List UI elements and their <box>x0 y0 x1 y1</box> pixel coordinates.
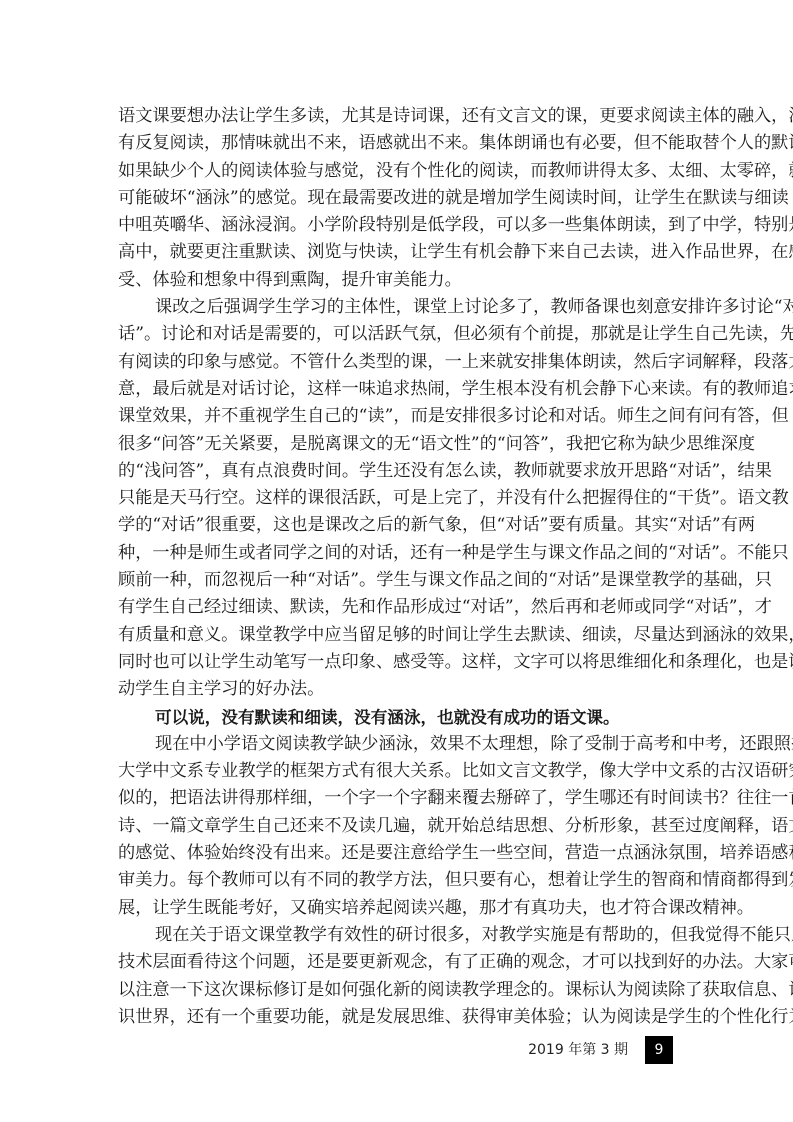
text-line: 可以说，没有默读和细读，没有涵泳，也就没有成功的语文课。 <box>118 704 675 731</box>
text-line: 现在中小学语文阅读教学缺少涵泳，效果不太理想，除了受制于高考和中考，还跟照搬 <box>118 731 675 758</box>
text-line: 的感觉、体验始终没有出来。还是要注意给学生一些空间，营造一点涵泳氛围，培养语感和 <box>118 840 675 867</box>
text-line: 意，最后就是对话讨论，这样一味追求热闹，学生根本没有机会静下心来读。有的教师追求 <box>118 376 675 403</box>
emphasis-paragraph: 可以说，没有默读和细读，没有涵泳，也就没有成功的语文课。 <box>118 704 675 731</box>
text-line: 话”。讨论和对话是需要的，可以活跃气氛，但必须有个前提，那就是让学生自己先读，先 <box>118 321 675 348</box>
text-line: 很多“问答”无关紧要，是脱离课文的无“语文性”的“问答”，我把它称为缺少思维深度 <box>118 431 675 458</box>
text-line: 有质量和意义。课堂教学中应当留足够的时间让学生去默读、细读，尽量达到涵泳的效果， <box>118 622 675 649</box>
paragraph: 现在关于语文课堂教学有效性的研讨很多，对教学实施是有帮助的，但我觉得不能只从技术… <box>118 922 675 1031</box>
issue-label: 2019 年第 3 期 <box>528 1036 628 1064</box>
text-line: 顾前一种，而忽视后一种“对话”。学生与课文作品之间的“对话”是课堂教学的基础，只 <box>118 567 675 594</box>
text-line: 语文课要想办法让学生多读，尤其是诗词课，还有文言文的课，更要求阅读主体的融入，没 <box>118 103 675 130</box>
text-line: 课改之后强调学生学习的主体性，课堂上讨论多了，教师备课也刻意安排许多讨论“对 <box>118 294 675 321</box>
page-number-badge: 9 <box>645 1036 673 1064</box>
text-line: 展，让学生既能考好，又确实培养起阅读兴趣，那才有真功夫，也才符合课改精神。 <box>118 895 675 922</box>
text-line: 有反复阅读，那情味就出不来，语感就出不来。集体朗诵也有必要，但不能取替个人的默读… <box>118 130 675 157</box>
article-body: 语文课要想办法让学生多读，尤其是诗词课，还有文言文的课，更要求阅读主体的融入，没… <box>118 103 675 1031</box>
text-line: 中咀英嚼华、涵泳浸润。小学阶段特别是低学段，可以多一些集体朗读，到了中学，特别是 <box>118 212 675 239</box>
paragraph: 课改之后强调学生学习的主体性，课堂上讨论多了，教师备课也刻意安排许多讨论“对话”… <box>118 294 675 703</box>
text-line: 有学生自己经过细读、默读，先和作品形成过“对话”，然后再和老师或同学“对话”，才 <box>118 594 675 621</box>
text-line: 学的“对话”很重要，这也是课改之后的新气象，但“对话”要有质量。其实“对话”有两 <box>118 512 675 539</box>
text-line: 动学生自主学习的好办法。 <box>118 676 675 703</box>
page-footer: 2019 年第 3 期 9 <box>0 1036 793 1064</box>
text-line: 同时也可以让学生动笔写一点印象、感受等。这样，文字可以将思维细化和条理化，也是调 <box>118 649 675 676</box>
text-line: 审美力。每个教师可以有不同的教学方法，但只要有心，想着让学生的智商和情商都得到发 <box>118 867 675 894</box>
paragraph: 现在中小学语文阅读教学缺少涵泳，效果不太理想，除了受制于高考和中考，还跟照搬大学… <box>118 731 675 922</box>
document-page: 语文课要想办法让学生多读，尤其是诗词课，还有文言文的课，更要求阅读主体的融入，没… <box>0 0 793 1122</box>
text-line: 识世界，还有一个重要功能，就是发展思维、获得审美体验；认为阅读是学生的个性化行为… <box>118 1004 675 1031</box>
text-line: 种，一种是师生或者同学之间的对话，还有一种是学生与课文作品之间的“对话”。不能只 <box>118 540 675 567</box>
text-line: 以注意一下这次课标修订是如何强化新的阅读教学理念的。课标认为阅读除了获取信息、认 <box>118 977 675 1004</box>
text-line: 有阅读的印象与感觉。不管什么类型的课，一上来就安排集体朗读，然后字词解释，段落大 <box>118 349 675 376</box>
paragraph: 语文课要想办法让学生多读，尤其是诗词课，还有文言文的课，更要求阅读主体的融入，没… <box>118 103 675 294</box>
text-line: 技术层面看待这个问题，还是要更新观念，有了正确的观念，才可以找到好的办法。大家可 <box>118 949 675 976</box>
text-line: 只能是天马行空。这样的课很活跃，可是上完了，并没有什么把握得住的“干货”。语文教 <box>118 485 675 512</box>
text-line: 大学中文系专业教学的框架方式有很大关系。比如文言文教学，像大学中文系的古汉语研究 <box>118 758 675 785</box>
text-line: 高中，就要更注重默读、浏览与快读，让学生有机会静下来自己去读，进入作品世界，在感 <box>118 239 675 266</box>
text-line: 受、体验和想象中得到熏陶，提升审美能力。 <box>118 267 675 294</box>
text-line: 课堂效果，并不重视学生自己的“读”，而是安排很多讨论和对话。师生之间有问有答，但 <box>118 403 675 430</box>
text-line: 诗、一篇文章学生自己还来不及读几遍，就开始总结思想、分析形象，甚至过度阐释，语文 <box>118 813 675 840</box>
text-line: 现在关于语文课堂教学有效性的研讨很多，对教学实施是有帮助的，但我觉得不能只从 <box>118 922 675 949</box>
text-line: 的“浅问答”，真有点浪费时间。学生还没有怎么读，教师就要求放开思路“对话”，结果 <box>118 458 675 485</box>
text-line: 可能破坏“涵泳”的感觉。现在最需要改进的就是增加学生阅读时间，让学生在默读与细读 <box>118 185 675 212</box>
text-line: 似的，把语法讲得那样细，一个字一个字翻来覆去掰碎了，学生哪还有时间读书？往往一首 <box>118 785 675 812</box>
text-line: 如果缺少个人的阅读体验与感觉，没有个性化的阅读，而教师讲得太多、太细、太零碎，就 <box>118 158 675 185</box>
